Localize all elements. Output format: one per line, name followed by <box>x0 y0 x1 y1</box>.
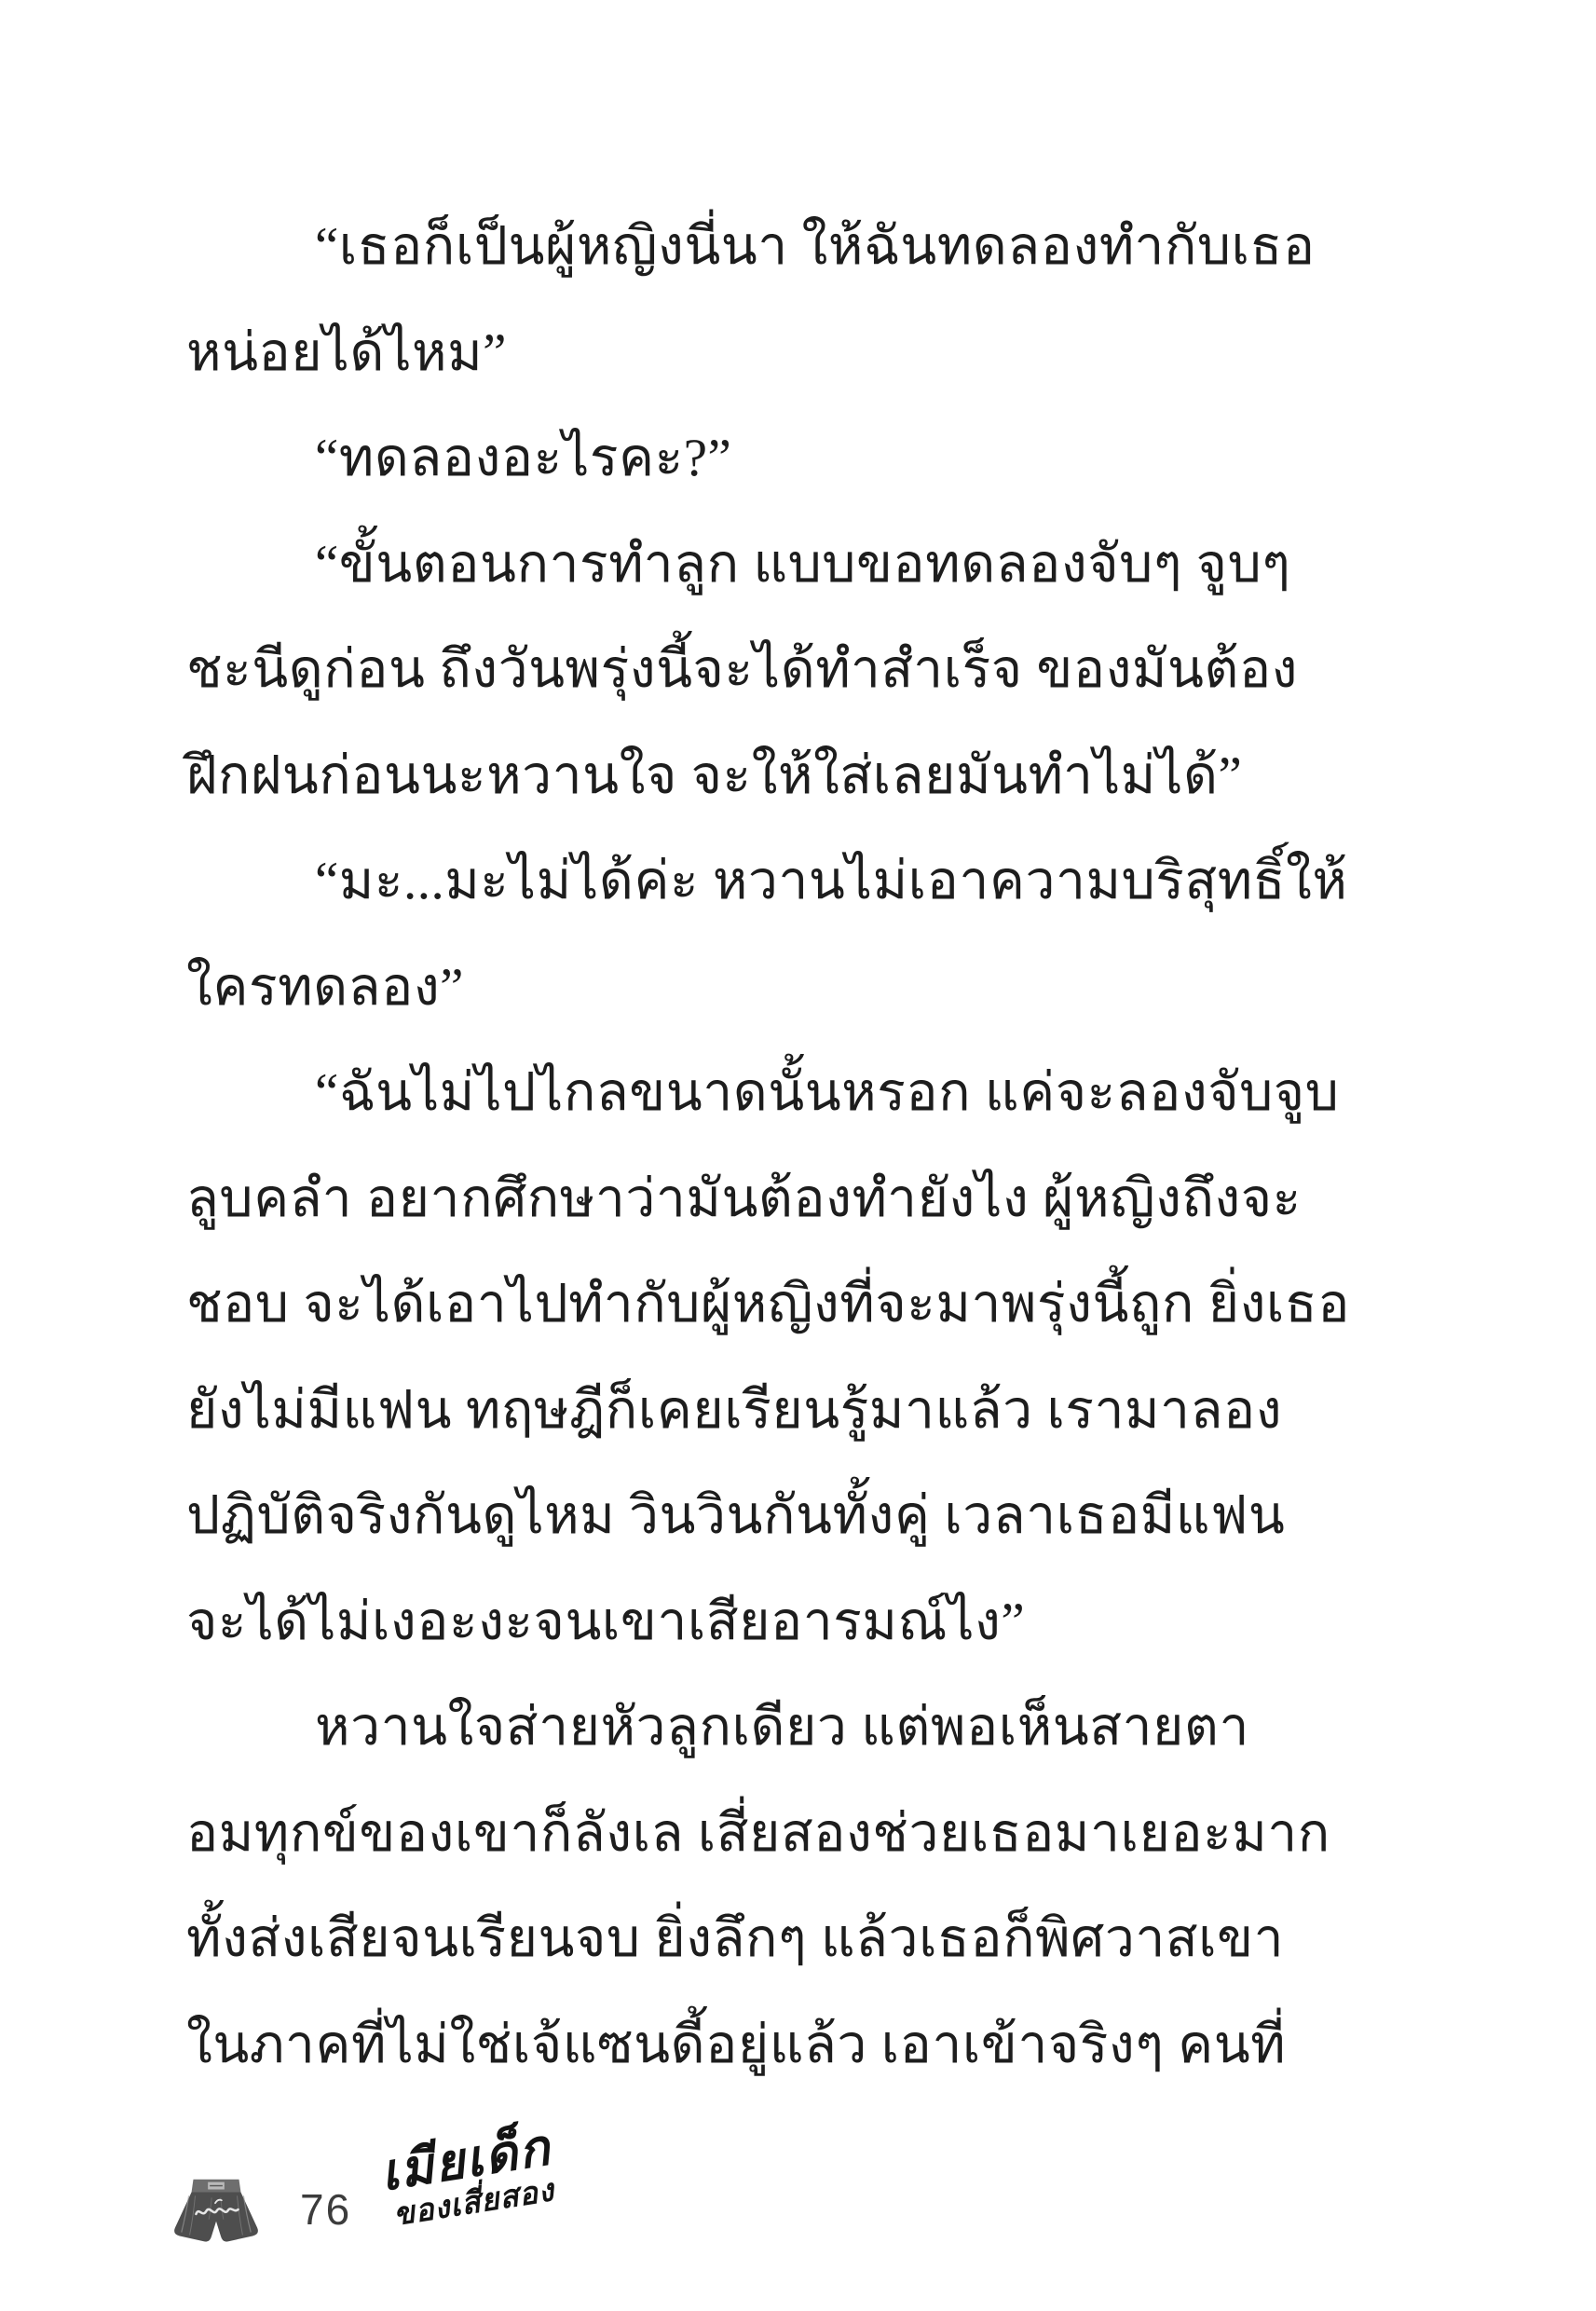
page-number: 76 <box>300 2184 351 2235</box>
muaythai-shorts-icon <box>171 2177 262 2248</box>
text-line: ชอบ จะได้เอาไปทำกับผู้หญิงที่จะมาพรุ่งนี… <box>186 1251 1325 1358</box>
text-line: อมทุกข์ของเขาก็ลังเล เสี่ยสองช่วยเธอมาเย… <box>186 1781 1325 1887</box>
text-line: ทั้งส่งเสียจนเรียนจบ ยิ่งลึกๆ แล้วเธอก็พ… <box>186 1886 1325 1992</box>
text-line: ใครทดลอง” <box>186 935 1325 1041</box>
text-line: “ทดลองอะไรคะ?” <box>186 405 1325 512</box>
text-line: หวานใจส่ายหัวลูกเดียว แต่พอเห็นสายตา <box>186 1675 1325 1781</box>
text-line: จะได้ไม่เงอะงะจนเขาเสียอารมณ์ไง” <box>186 1569 1325 1675</box>
text-line: ชะนีดูก่อน ถึงวันพรุ่งนี้จะได้ทำสำเร็จ ข… <box>186 617 1325 723</box>
book-page: “เธอก็เป็นผู้หญิงนี่นา ให้ฉันทดลองทำกับเ… <box>0 0 1596 2311</box>
text-line: “เธอก็เป็นผู้หญิงนี่นา ให้ฉันทดลองทำกับเ… <box>186 194 1325 300</box>
text-line: ลูบคลำ อยากศึกษาว่ามันต้องทำยังไง ผู้หญิ… <box>186 1146 1325 1252</box>
body-text: “เธอก็เป็นผู้หญิงนี่นา ให้ฉันทดลองทำกับเ… <box>186 194 1325 2098</box>
text-line: ยังไม่มีแฟน ทฤษฎีก็เคยเรียนรู้มาแล้ว เรา… <box>186 1358 1325 1464</box>
text-line: ปฏิบัติจริงกันดูไหม วินวินกันทั้งคู่ เวล… <box>186 1463 1325 1569</box>
text-line: ในภาคที่ไม่ใช่เจ้แซนดี้อยู่แล้ว เอาเข้าจ… <box>186 1992 1325 2099</box>
page-footer: 76 เมียเด็ก ของเสี่ยสอง <box>0 2143 1596 2283</box>
text-line: หน่อยได้ไหม” <box>186 300 1325 406</box>
text-line: “มะ...มะไม่ได้ค่ะ หวานไม่เอาความบริสุทธิ… <box>186 828 1325 935</box>
text-line: “ฉันไม่ไปไกลขนาดนั้นหรอก แค่จะลองจับจูบ <box>186 1040 1325 1146</box>
text-line: ฝึกฝนก่อนนะหวานใจ จะให้ใส่เลยมันทำไม่ได้… <box>186 723 1325 829</box>
series-logo: เมียเด็ก ของเสี่ยสอง <box>377 2122 560 2233</box>
text-line: “ขั้นตอนการทำลูก แบบขอทดลองจับๆ จูบๆ <box>186 512 1325 618</box>
